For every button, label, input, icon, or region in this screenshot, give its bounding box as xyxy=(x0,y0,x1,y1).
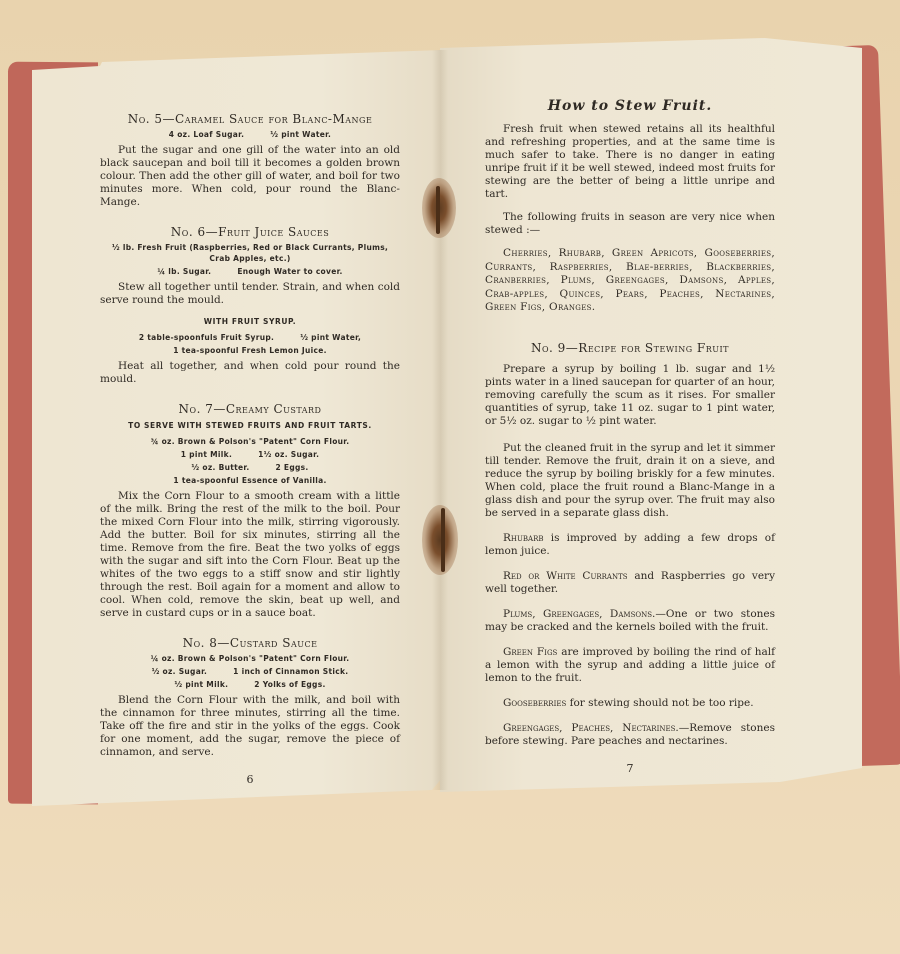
recipe-7-title: No. 7—Creamy Custard xyxy=(100,402,400,416)
fruit-list: Cherries, Rhubarb, Green Apricots, Goose… xyxy=(485,247,775,315)
recipe-8-ingredients-line2: ½ oz. Sugar. 1 inch of Cinnamon Stick. xyxy=(100,666,400,677)
recipe-5: No. 5—Caramel Sauce for Blanc-Mange 4 oz… xyxy=(100,112,400,209)
recipe-7: No. 7—Creamy Custard TO SERVE WITH STEWE… xyxy=(100,402,400,620)
staple-bottom xyxy=(441,508,445,572)
following-paragraph: The following fruits in season are very … xyxy=(485,211,775,237)
recipe-5-title: No. 5—Caramel Sauce for Blanc-Mange xyxy=(100,112,400,126)
recipe-9-para1: Prepare a syrup by boiling 1 lb. sugar a… xyxy=(485,363,775,428)
recipe-6-title: No. 6—Fruit Juice Sauces xyxy=(100,225,400,239)
recipe-8-ingredients-line3: ½ pint Milk. 2 Yolks of Eggs. xyxy=(100,679,400,690)
recipe-9: No. 9—Recipe for Stewing Fruit Prepare a… xyxy=(485,341,775,520)
ingredient: ½ pint Water, xyxy=(300,332,361,343)
ingredient: ½ oz. Sugar. xyxy=(152,666,208,677)
ingredient: ½ pint Water. xyxy=(270,129,331,140)
recipe-9-title: No. 9—Recipe for Stewing Fruit xyxy=(485,341,775,355)
page-number-right: 7 xyxy=(485,762,775,775)
recipe-5-method: Put the sugar and one gill of the water … xyxy=(100,144,400,209)
rust-stain-bottom xyxy=(422,505,458,575)
tip-green-figs: Green Figs are improved by boiling the r… xyxy=(485,646,775,685)
recipe-6-syrup-ingredients-line2: 1 tea-spoonful Fresh Lemon Juice. xyxy=(100,345,400,356)
recipe-8-method: Blend the Corn Flour with the milk, and … xyxy=(100,694,400,759)
spine-fold xyxy=(432,50,448,790)
recipe-6-syrup-method: Heat all together, and when cold pour ro… xyxy=(100,360,400,386)
right-page-content: How to Stew Fruit. Fresh fruit when stew… xyxy=(485,100,775,775)
tip-lead: Plums, Greengages, Damsons. xyxy=(503,608,655,620)
ingredient: 2 table-spoonfuls Fruit Syrup. xyxy=(139,332,274,343)
ingredient: 4 oz. Loaf Sugar. xyxy=(169,129,244,140)
tip-currants: Red or White Currants and Raspberries go… xyxy=(485,570,775,596)
recipe-7-ingredients-line3: ½ oz. Butter. 2 Eggs. xyxy=(100,462,400,473)
recipe-6-method: Stew all together until tender. Strain, … xyxy=(100,281,400,307)
recipe-7-ingredients-line4: 1 tea-spoonful Essence of Vanilla. xyxy=(100,475,400,486)
recipe-8: No. 8—Custard Sauce ¼ oz. Brown & Polson… xyxy=(100,636,400,759)
ingredient: 1 pint Milk. xyxy=(181,449,232,460)
intro-paragraph: Fresh fruit when stewed retains all its … xyxy=(485,123,775,201)
page-number-left: 6 xyxy=(100,773,400,786)
recipe-6-syrup-ingredients: 2 table-spoonfuls Fruit Syrup. ½ pint Wa… xyxy=(100,332,400,343)
recipe-6: No. 6—Fruit Juice Sauces ½ lb. Fresh Fru… xyxy=(100,225,400,386)
tip-lead: Gooseberries xyxy=(503,697,566,709)
recipe-6-ingredients-line1: ½ lb. Fresh Fruit (Raspberries, Red or B… xyxy=(100,242,400,264)
tip-lead: Red or White Currants xyxy=(503,570,628,582)
recipe-5-ingredients: 4 oz. Loaf Sugar. ½ pint Water. xyxy=(100,129,400,140)
ingredient: 2 Yolks of Eggs. xyxy=(254,679,325,690)
ingredient: Enough Water to cover. xyxy=(237,266,342,277)
recipe-7-method: Mix the Corn Flour to a smooth cream wit… xyxy=(100,490,400,620)
tip-text: for stewing should not be too ripe. xyxy=(566,697,753,709)
left-page-content: No. 5—Caramel Sauce for Blanc-Mange 4 oz… xyxy=(100,112,400,786)
tip-lead: Rhubarb xyxy=(503,532,544,544)
recipe-9-para2: Put the cleaned fruit in the syrup and l… xyxy=(485,442,775,520)
recipe-8-ingredients-line1: ¼ oz. Brown & Polson's "Patent" Corn Flo… xyxy=(100,653,400,664)
tip-lead: Green Figs xyxy=(503,646,557,658)
recipe-6-ingredients-line2: ¼ lb. Sugar. Enough Water to cover. xyxy=(100,266,400,277)
ingredient: 1½ oz. Sugar. xyxy=(258,449,319,460)
recipe-7-ingredients-line1: ¾ oz. Brown & Polson's "Patent" Corn Flo… xyxy=(100,436,400,447)
ingredient: ½ oz. Butter. xyxy=(191,462,249,473)
recipe-7-ingredients-line2: 1 pint Milk. 1½ oz. Sugar. xyxy=(100,449,400,460)
tip-stone-fruits: Greengages, Peaches, Nectarines.—Remove … xyxy=(485,722,775,748)
recipe-7-subtitle: TO SERVE WITH STEWED FRUITS AND FRUIT TA… xyxy=(100,419,400,432)
tip-plums: Plums, Greengages, Damsons.—One or two s… xyxy=(485,608,775,634)
recipe-6-subheading: WITH FRUIT SYRUP. xyxy=(100,315,400,328)
ingredient: 2 Eggs. xyxy=(275,462,308,473)
ingredient: ¼ lb. Sugar. xyxy=(157,266,211,277)
ingredient: 1 inch of Cinnamon Stick. xyxy=(233,666,348,677)
ingredient: ½ pint Milk. xyxy=(174,679,228,690)
recipe-8-title: No. 8—Custard Sauce xyxy=(100,636,400,650)
page-heading: How to Stew Fruit. xyxy=(485,100,775,113)
tip-rhubarb: Rhubarb is improved by adding a few drop… xyxy=(485,532,775,558)
tip-gooseberries: Gooseberries for stewing should not be t… xyxy=(485,697,775,710)
tip-lead: Greengages, Peaches, Nectarines. xyxy=(503,722,679,734)
staple-top xyxy=(436,186,440,234)
